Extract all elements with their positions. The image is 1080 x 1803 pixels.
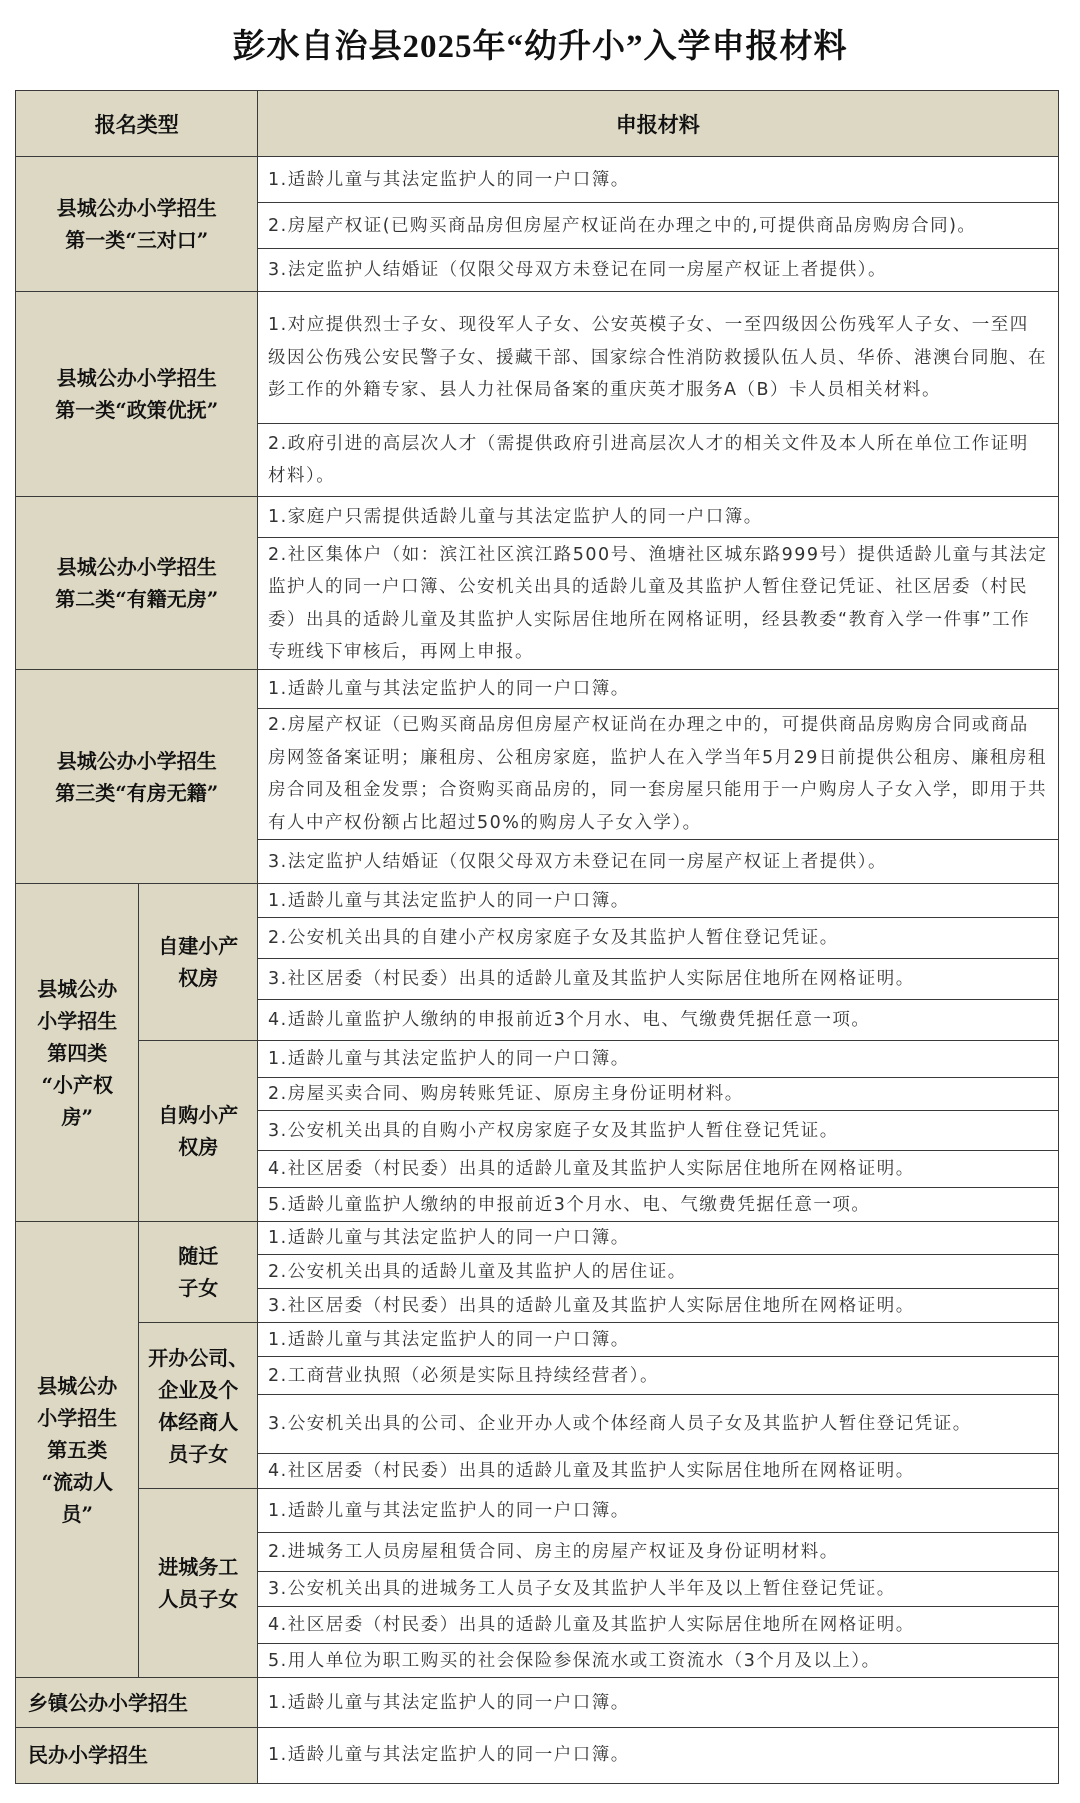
- material-item: 2.房屋产权证(已购买商品房但房屋产权证尚在办理之中的,可提供商品房购房合同)。: [257, 202, 1059, 250]
- material-item-text: 5.用人单位为职工购买的社会保险参保流水或工资流水（3个月及以上）。: [268, 1645, 881, 1678]
- subcategory-cell: 进城务工人员子女: [138, 1488, 259, 1679]
- subcategory-cell: 自购小产权房: [138, 1040, 259, 1223]
- material-item: 2.政府引进的高层次人才（需提供政府引进高层次人才的相关文件及本人所在单位工作证…: [257, 423, 1059, 498]
- material-item-text: 1.适龄儿童与其法定监护人的同一户口簿。: [268, 1222, 630, 1255]
- material-item: 3.法定监护人结婚证（仅限父母双方未登记在同一房屋产权证上者提供）。: [257, 839, 1059, 885]
- material-item-text: 2.公安机关出具的适龄儿童及其监护人的居住证。: [268, 1256, 687, 1289]
- subcategory-cell-text: 自购小产权房: [158, 1099, 238, 1163]
- material-item-text: 1.适龄儿童与其法定监护人的同一户口簿。: [268, 885, 630, 918]
- material-item: 4.适龄儿童监护人缴纳的申报前近3个月水、电、气缴费凭据任意一项。: [257, 999, 1059, 1042]
- category-cell-text: 县城公办小学招生第一类“三对口”: [57, 192, 217, 256]
- material-item-text: 4.社区居委（村民委）出具的适龄儿童及其监护人实际居住地所在网格证明。: [268, 1609, 915, 1642]
- material-item: 1.适龄儿童与其法定监护人的同一户口簿。: [257, 1727, 1059, 1784]
- material-item-text: 1.适龄儿童与其法定监护人的同一户口簿。: [268, 673, 630, 706]
- category-cell-text: 乡镇公办小学招生: [28, 1687, 188, 1719]
- material-item-text: 1.家庭户只需提供适龄儿童与其法定监护人的同一户口簿。: [268, 501, 763, 534]
- material-item: 2.进城务工人员房屋租赁合同、房主的房屋产权证及身份证明材料。: [257, 1532, 1059, 1573]
- material-item: 2.公安机关出具的自建小产权房家庭子女及其监护人暂住登记凭证。: [257, 917, 1059, 960]
- category-cell-text: 县城公办小学招生第一类“政策优抚”: [55, 362, 218, 426]
- material-item: 1.家庭户只需提供适龄儿童与其法定监护人的同一户口簿。: [257, 496, 1059, 539]
- material-item-text: 2.工商营业执照（必须是实际且持续经营者）。: [268, 1360, 659, 1393]
- material-item: 4.社区居委（村民委）出具的适龄儿童及其监护人实际居住地所在网格证明。: [257, 1606, 1059, 1645]
- material-item-text: 1.对应提供烈士子女、现役军人子女、公安英模子女、一至四级因公伤残军人子女、一至…: [268, 309, 1048, 407]
- category-cell: 县城公办小学招生第三类“有房无籍”: [15, 669, 259, 885]
- page-title: 彭水自治县2025年“幼升小”入学申报材料: [0, 20, 1080, 67]
- material-item-text: 2.房屋产权证（已购买商品房但房屋产权证尚在办理之中的，可提供商品房购房合同或商…: [268, 709, 1048, 839]
- category-cell-text: 县城公办小学招生第二类“有籍无房”: [55, 551, 218, 615]
- material-item: 2.工商营业执照（必须是实际且持续经营者）。: [257, 1356, 1059, 1396]
- material-item-text: 3.法定监护人结婚证（仅限父母双方未登记在同一房屋产权证上者提供）。: [268, 846, 887, 879]
- material-item: 1.适龄儿童与其法定监护人的同一户口簿。: [257, 1488, 1059, 1534]
- material-item: 5.用人单位为职工购买的社会保险参保流水或工资流水（3个月及以上）。: [257, 1643, 1059, 1679]
- material-item-text: 2.公安机关出具的自建小产权房家庭子女及其监护人暂住登记凭证。: [268, 922, 839, 955]
- material-item: 1.适龄儿童与其法定监护人的同一户口簿。: [257, 1040, 1059, 1079]
- category-cell: 县城公办小学招生第四类“小产权房”: [15, 883, 140, 1223]
- material-item: 5.适龄儿童监护人缴纳的申报前近3个月水、电、气缴费凭据任意一项。: [257, 1187, 1059, 1223]
- material-item-text: 3.公安机关出具的自购小产权房家庭子女及其监护人暂住登记凭证。: [268, 1115, 839, 1148]
- material-item-text: 4.社区居委（村民委）出具的适龄儿童及其监护人实际居住地所在网格证明。: [268, 1153, 915, 1186]
- material-item: 3.社区居委（村民委）出具的适龄儿童及其监护人实际居住地所在网格证明。: [257, 1288, 1059, 1324]
- category-cell: 民办小学招生: [15, 1727, 259, 1784]
- material-item-text: 3.法定监护人结婚证（仅限父母双方未登记在同一房屋产权证上者提供）。: [268, 254, 887, 287]
- header-materials: 申报材料: [257, 90, 1059, 158]
- material-item-text: 1.适龄儿童与其法定监护人的同一户口簿。: [268, 164, 630, 197]
- material-item-text: 3.社区居委（村民委）出具的适龄儿童及其监护人实际居住地所在网格证明。: [268, 1290, 915, 1323]
- material-item: 1.适龄儿童与其法定监护人的同一户口簿。: [257, 1221, 1059, 1256]
- subcategory-cell-text: 进城务工人员子女: [158, 1551, 238, 1615]
- material-item-text: 4.适龄儿童监护人缴纳的申报前近3个月水、电、气缴费凭据任意一项。: [268, 1004, 870, 1037]
- material-item: 1.对应提供烈士子女、现役军人子女、公安英模子女、一至四级因公伤残军人子女、一至…: [257, 291, 1059, 425]
- material-item-text: 2.进城务工人员房屋租赁合同、房主的房屋产权证及身份证明材料。: [268, 1536, 839, 1569]
- material-item-text: 1.适龄儿童与其法定监护人的同一户口簿。: [268, 1687, 630, 1720]
- material-item: 3.社区居委（村民委）出具的适龄儿童及其监护人实际居住地所在网格证明。: [257, 958, 1059, 1001]
- header-type-text: 报名类型: [95, 109, 179, 139]
- category-cell-text: 民办小学招生: [28, 1739, 148, 1771]
- category-cell: 县城公办小学招生第二类“有籍无房”: [15, 496, 259, 671]
- category-cell: 县城公办小学招生第一类“三对口”: [15, 156, 259, 293]
- material-item-text: 2.房屋买卖合同、购房转账凭证、原房主身份证明材料。: [268, 1078, 744, 1111]
- material-item: 3.公安机关出具的公司、企业开办人或个体经商人员子女及其监护人暂住登记凭证。: [257, 1394, 1059, 1455]
- material-item-text: 1.适龄儿童与其法定监护人的同一户口簿。: [268, 1739, 630, 1772]
- material-item-text: 4.社区居委（村民委）出具的适龄儿童及其监护人实际居住地所在网格证明。: [268, 1455, 915, 1488]
- material-item: 4.社区居委（村民委）出具的适龄儿童及其监护人实际居住地所在网格证明。: [257, 1150, 1059, 1189]
- material-item-text: 1.适龄儿童与其法定监护人的同一户口簿。: [268, 1324, 630, 1357]
- material-item-text: 3.社区居委（村民委）出具的适龄儿童及其监护人实际居住地所在网格证明。: [268, 963, 915, 996]
- material-item: 2.公安机关出具的适龄儿童及其监护人的居住证。: [257, 1254, 1059, 1290]
- material-item-text: 1.适龄儿童与其法定监护人的同一户口簿。: [268, 1043, 630, 1076]
- material-item: 2.房屋产权证（已购买商品房但房屋产权证尚在办理之中的，可提供商品房购房合同或商…: [257, 708, 1059, 841]
- material-item: 3.公安机关出具的进城务工人员子女及其监护人半年及以上暂住登记凭证。: [257, 1571, 1059, 1608]
- material-item-text: 2.政府引进的高层次人才（需提供政府引进高层次人才的相关文件及本人所在单位工作证…: [268, 428, 1048, 493]
- subcategory-cell: 随迁子女: [138, 1221, 259, 1324]
- material-item: 1.适龄儿童与其法定监护人的同一户口簿。: [257, 1322, 1059, 1358]
- subcategory-cell-text: 开办公司、企业及个体经商人员子女: [148, 1342, 248, 1470]
- subcategory-cell-text: 随迁子女: [178, 1240, 218, 1304]
- material-item: 1.适龄儿童与其法定监护人的同一户口簿。: [257, 156, 1059, 204]
- header-type: 报名类型: [15, 90, 259, 158]
- material-item-text: 2.房屋产权证(已购买商品房但房屋产权证尚在办理之中的,可提供商品房购房合同)。: [268, 210, 976, 243]
- subcategory-cell: 开办公司、企业及个体经商人员子女: [138, 1322, 259, 1490]
- material-item-text: 1.适龄儿童与其法定监护人的同一户口簿。: [268, 1495, 630, 1528]
- material-item: 2.房屋买卖合同、购房转账凭证、原房主身份证明材料。: [257, 1077, 1059, 1112]
- material-item: 3.公安机关出具的自购小产权房家庭子女及其监护人暂住登记凭证。: [257, 1110, 1059, 1152]
- material-item-text: 3.公安机关出具的公司、企业开办人或个体经商人员子女及其监护人暂住登记凭证。: [268, 1408, 972, 1441]
- subcategory-cell-text: 自建小产权房: [158, 930, 238, 994]
- material-item-text: 2.社区集体户（如：滨江社区滨江路500号、渔塘社区城东路999号）提供适龄儿童…: [268, 539, 1048, 669]
- material-item: 1.适龄儿童与其法定监护人的同一户口簿。: [257, 883, 1059, 919]
- category-cell: 县城公办小学招生第五类“流动人员”: [15, 1221, 140, 1679]
- material-item: 3.法定监护人结婚证（仅限父母双方未登记在同一房屋产权证上者提供）。: [257, 248, 1059, 293]
- category-cell-text: 县城公办小学招生第三类“有房无籍”: [55, 745, 218, 809]
- header-materials-text: 申报材料: [616, 109, 700, 139]
- material-item: 2.社区集体户（如：滨江社区滨江路500号、渔塘社区城东路999号）提供适龄儿童…: [257, 537, 1059, 671]
- material-item-text: 3.公安机关出具的进城务工人员子女及其监护人半年及以上暂住登记凭证。: [268, 1573, 896, 1606]
- category-cell: 乡镇公办小学招生: [15, 1677, 259, 1729]
- subcategory-cell: 自建小产权房: [138, 883, 259, 1042]
- material-item-text: 5.适龄儿童监护人缴纳的申报前近3个月水、电、气缴费凭据任意一项。: [268, 1189, 870, 1222]
- category-cell-text: 县城公办小学招生第五类“流动人员”: [37, 1370, 117, 1530]
- category-cell: 县城公办小学招生第一类“政策优抚”: [15, 291, 259, 498]
- material-item: 4.社区居委（村民委）出具的适龄儿童及其监护人实际居住地所在网格证明。: [257, 1453, 1059, 1490]
- category-cell-text: 县城公办小学招生第四类“小产权房”: [37, 973, 117, 1133]
- material-item: 1.适龄儿童与其法定监护人的同一户口簿。: [257, 669, 1059, 710]
- material-item: 1.适龄儿童与其法定监护人的同一户口簿。: [257, 1677, 1059, 1729]
